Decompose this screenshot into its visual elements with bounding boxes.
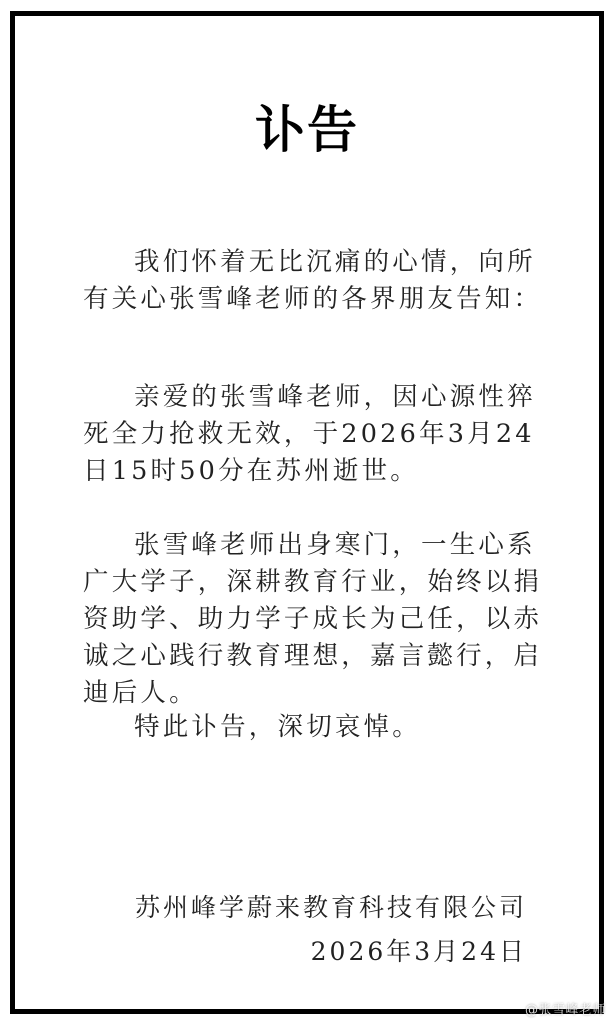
watermark: @张雪峰老师 [525,999,606,1018]
document-title: 讣告 [15,100,599,160]
paragraph-tribute: 张雪峰老师出身寒门，一生心系广大学子，深耕教育行业，始终以捐资助学、助力学子成长… [83,527,563,712]
signature-company: 苏州峰学蔚来教育科技有限公司 [135,890,527,926]
paragraph-death-notice: 亲爱的张雪峰老师，因心源性猝死全力抢救无效，于2026年3月24日15时50分在… [83,379,563,490]
obituary-frame: 讣告 我们怀着无比沉痛的心情，向所有关心张雪峰老师的各界朋友告知： 亲爱的张雪峰… [10,11,604,1014]
paragraph-death-notice-text: 亲爱的张雪峰老师，因心源性猝死全力抢救无效，于2026年3月24日15时50分在… [83,379,563,490]
signature-date: 2026年3月24日 [311,934,527,970]
paragraph-intro: 我们怀着无比沉痛的心情，向所有关心张雪峰老师的各界朋友告知： [83,244,563,318]
paragraph-closing: 特此讣告，深切哀悼。 [83,709,563,746]
paragraph-closing-text: 特此讣告，深切哀悼。 [83,709,563,746]
paragraph-intro-text: 我们怀着无比沉痛的心情，向所有关心张雪峰老师的各界朋友告知： [83,244,563,318]
paragraph-tribute-text: 张雪峰老师出身寒门，一生心系广大学子，深耕教育行业，始终以捐资助学、助力学子成长… [83,527,563,712]
